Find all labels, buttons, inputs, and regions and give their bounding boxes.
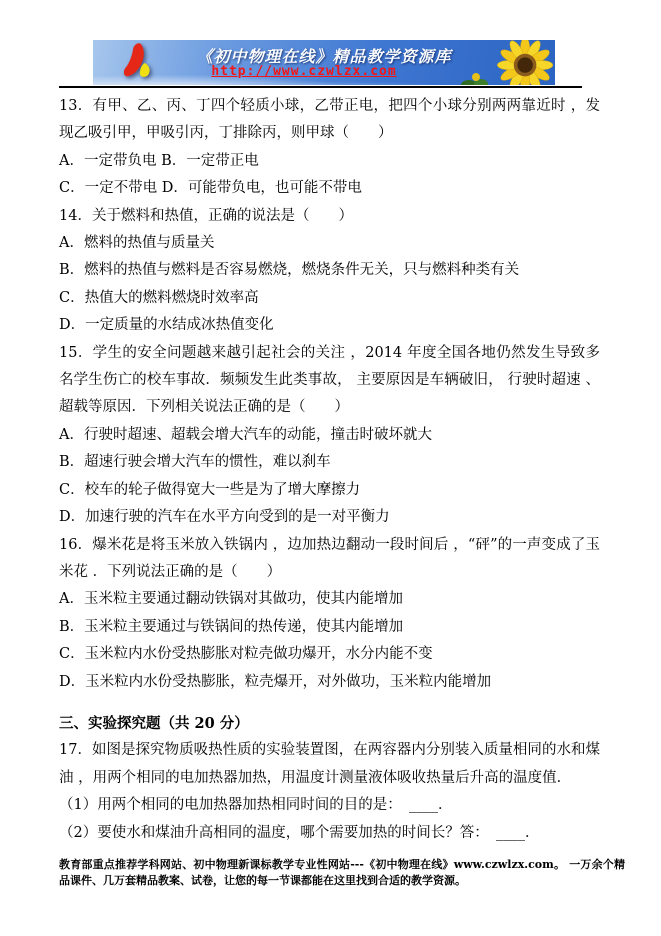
header-divider <box>59 86 582 88</box>
page-footer: 教育部重点推荐学科网站、初中物理新课标教学专业性网站---《初中物理在线》www… <box>59 857 625 888</box>
site-banner: 《初中物理在线》精品教学资源库 http://www.czwlzx.com <box>93 40 555 85</box>
question-15-option-c: C．校车的轮子做得宽大一些是为了增大摩擦力 <box>59 477 600 504</box>
question-14-option-a: A．燃料的热值与质量关 <box>59 230 600 257</box>
question-17-sub-2: （2）要使水和煤油升高相同的温度，哪个需要加热的时间长？答： ____． <box>59 820 600 847</box>
question-14-stem: 14．关于燃料和热值，正确的说法是（ ） <box>59 203 600 230</box>
banner-url-link[interactable]: http://www.czwlzx.com <box>93 64 515 79</box>
question-15-option-a: A．行驶时超速、超载会增大汽车的动能，撞击时破坏就大 <box>59 422 600 449</box>
question-17-sub-1: （1）用两个相同的电加热器加热相同时间的目的是： ____． <box>59 792 600 819</box>
question-14-option-d: D．一定质量的水结成冰热值变化 <box>59 312 600 339</box>
question-17-stem: 17．如图是探究物质吸热性质的实验装置图，在两容器内分别装入质量相同的水和煤油 … <box>59 737 600 792</box>
question-16-option-a: A．玉米粒主要通过翻动铁锅对其做功，使其内能增加 <box>59 586 600 613</box>
question-16-option-d: D．玉米粒内水份受热膨胀，粒壳爆开，对外做功，玉米粒内能增加 <box>59 669 600 696</box>
question-14-option-c: C．热值大的燃料燃烧时效率高 <box>59 285 600 312</box>
question-13-options-ab: A．一定带负电 B．一定带正电 <box>59 148 600 175</box>
question-16-stem: 16．爆米花是将玉米放入铁锅内 ，边加热边翻动一段时间后 ，“砰”的一声变成了玉… <box>59 532 600 587</box>
question-15-option-b: B．超速行驶会增大汽车的惯性，难以刹车 <box>59 449 600 476</box>
question-16-option-b: B．玉米粒主要通过与铁锅间的热传递，使其内能增加 <box>59 614 600 641</box>
exam-document-page: 《初中物理在线》精品教学资源库 http://www.czwlzx.com <box>0 0 661 936</box>
question-14-option-b: B．燃料的热值与燃料是否容易燃烧，燃烧条件无关，只与燃料种类有关 <box>59 257 600 284</box>
question-13-options-cd: C．一定不带电 D．可能带负电，也可能不带电 <box>59 175 600 202</box>
exam-body: 13．有甲、乙、丙、丁四个轻质小球，乙带正电，把四个小球分别两两靠近时 ，发现乙… <box>59 93 600 847</box>
question-15-option-d: D．加速行驶的汽车在水平方向受到的是一对平衡力 <box>59 504 600 531</box>
question-15-stem: 15．学生的安全问题越来越引起社会的关注 ，2014 年度全国各地仍然发生导致多… <box>59 340 600 422</box>
question-13-stem: 13．有甲、乙、丙、丁四个轻质小球，乙带正电，把四个小球分别两两靠近时 ，发现乙… <box>59 93 600 148</box>
question-16-option-c: C．玉米粒内水份受热膨胀对粒壳做功爆开，水分内能不变 <box>59 641 600 668</box>
sunflower-icon <box>484 40 555 85</box>
section-3-header: 三、实验探究题（共 20 分） <box>59 710 600 737</box>
